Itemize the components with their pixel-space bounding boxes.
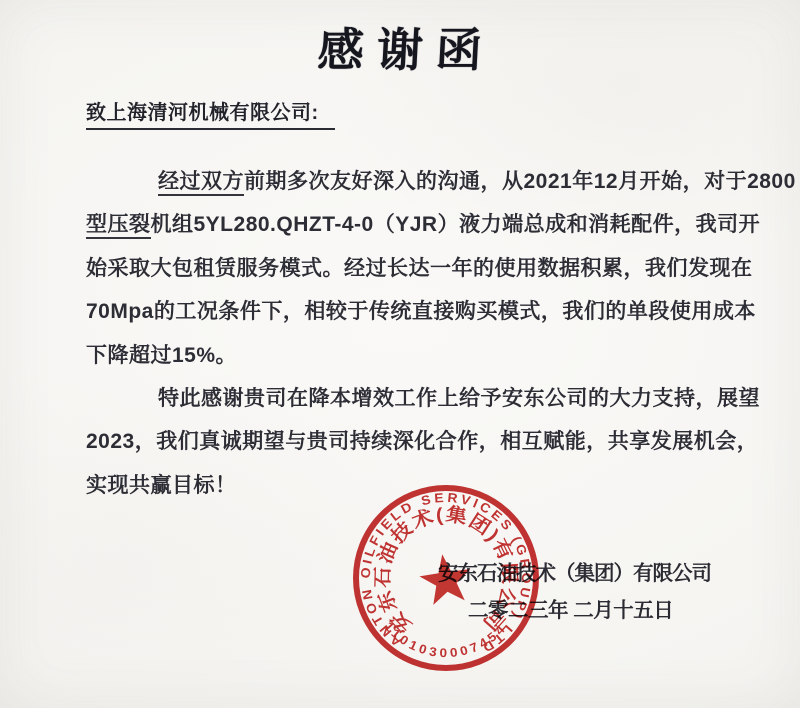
scanned-letter-page: 感谢函 致上海清河机械有限公司: 经过双方前期多次友好深入的沟通，从2021年1… bbox=[0, 0, 800, 708]
body-text: 下降超过15%。 bbox=[86, 344, 237, 367]
body-text: 特此感谢贵司在降本增效工作上给予安东公司的大力支持，展望 bbox=[158, 387, 760, 410]
body-line: 型压裂机组5YL280.QHZT-4-0（YJR）液力端总成和消耗配件，我司开 bbox=[86, 203, 776, 246]
body-line: 70Mpa的工况条件下，相较于传统直接购买模式，我们的单段使用成本 bbox=[86, 290, 776, 333]
body-text: 前期多次友好深入的沟通，从2021年12月开始，对于2800 bbox=[244, 170, 796, 193]
star-icon bbox=[417, 551, 475, 607]
body-text: 机组5YL280.QHZT-4-0（YJR）液力端总成和消耗配件，我司开 bbox=[151, 213, 761, 236]
body-text: 实现共赢目标！ bbox=[86, 474, 237, 497]
letter-title: 感谢函 bbox=[0, 14, 800, 80]
letter-body: 经过双方前期多次友好深入的沟通，从2021年12月开始，对于2800 型压裂机组… bbox=[86, 160, 776, 507]
company-seal: ANTON OILFIELD SERVICES (GROUP) LTD 1101… bbox=[346, 478, 546, 678]
body-text: 始采取大包租赁服务模式。经过长达一年的使用数据积累，我们发现在 bbox=[86, 257, 753, 280]
underlined-phrase: 经过双方 bbox=[158, 170, 244, 196]
body-line: 经过双方前期多次友好深入的沟通，从2021年12月开始，对于2800 bbox=[86, 160, 776, 203]
underlined-phrase: 型压裂 bbox=[86, 213, 151, 239]
body-line: 始采取大包租赁服务模式。经过长达一年的使用数据积累，我们发现在 bbox=[86, 247, 776, 290]
recipient-line: 致上海清河机械有限公司: bbox=[86, 96, 335, 130]
body-line: 下降超过15%。 bbox=[86, 334, 776, 377]
body-text: 70Mpa的工况条件下，相较于传统直接购买模式，我们的单段使用成本 bbox=[86, 300, 756, 323]
body-line: 特此感谢贵司在降本增效工作上给予安东公司的大力支持，展望 bbox=[86, 377, 776, 420]
body-line: 2023，我们真诚期望与贵司持续深化合作，相互赋能，共享发展机会， bbox=[86, 420, 776, 463]
body-text: 2023，我们真诚期望与贵司持续深化合作，相互赋能，共享发展机会， bbox=[86, 430, 758, 453]
